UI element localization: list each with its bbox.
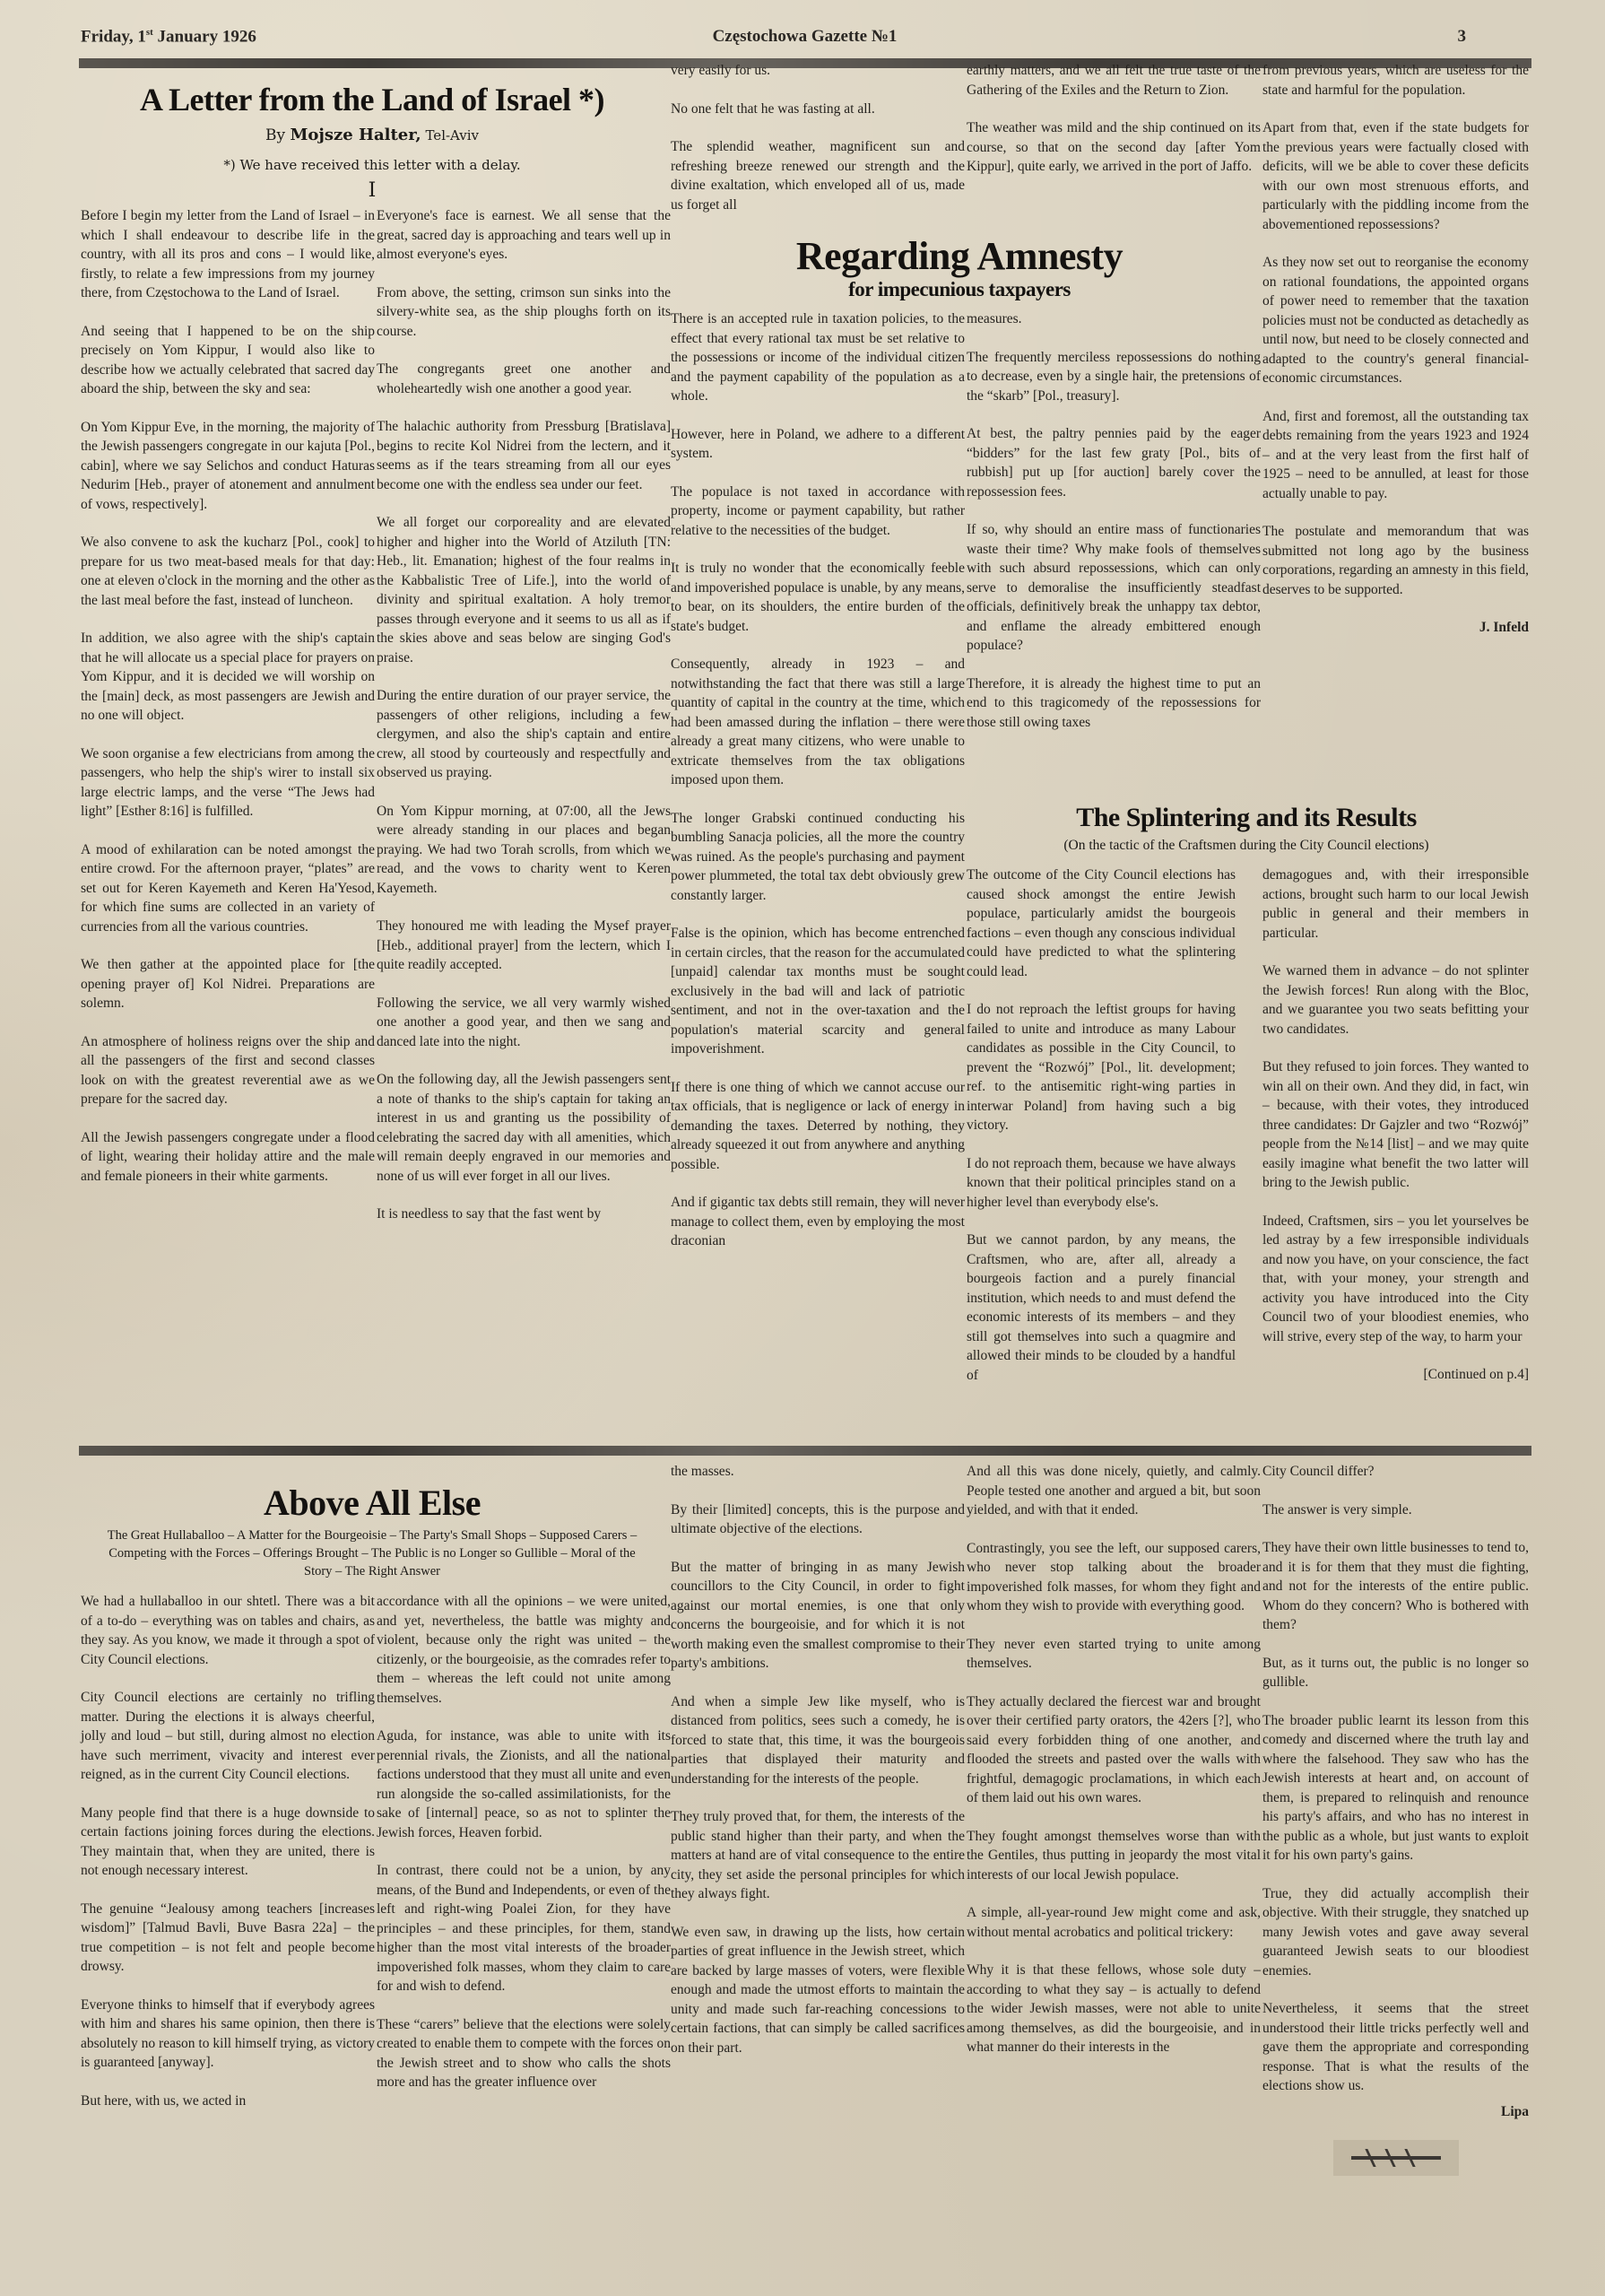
paragraph: We all forget our corporeality and are e… <box>377 513 671 667</box>
above-author-signature: Lipa <box>1262 2102 1529 2122</box>
amnesty-column-2: measures.The frequently merciless reposs… <box>967 309 1261 751</box>
paragraph: And, first and foremost, all the outstan… <box>1262 407 1529 504</box>
paragraph: And all this was done nicely, quietly, a… <box>967 1462 1261 1520</box>
paragraph: An atmosphere of holiness reigns over th… <box>81 1032 375 1109</box>
bottom-section: Above All Else The Great Hullaballoo – A… <box>81 1462 1529 2269</box>
paragraph: All the Jewish passengers congregate und… <box>81 1128 375 1187</box>
paragraph: We had a hullaballoo in our shtetl. Ther… <box>81 1592 375 1669</box>
paragraph: On Yom Kippur morning, at 07:00, all the… <box>377 802 671 899</box>
paragraph: It is truly no wonder that the economica… <box>671 559 965 636</box>
paragraph: By their [limited] concepts, this is the… <box>671 1500 965 1539</box>
amnesty-subheadline: for impecunious taxpayers <box>655 278 1264 301</box>
paragraph: They never even started trying to unite … <box>967 1635 1261 1674</box>
paragraph: We also convene to ask the kucharz [Pol.… <box>81 533 375 610</box>
paragraph: The halachic authority from Pressburg [B… <box>377 417 671 494</box>
paragraph: The longer Grabski continued conducting … <box>671 809 965 906</box>
middle-divider-rule <box>79 1446 1531 1456</box>
paragraph: I do not reproach them, because we have … <box>967 1154 1236 1213</box>
paragraph: If there is one thing of which we cannot… <box>671 1078 965 1175</box>
paragraph: City Council differ? <box>1262 1462 1529 1482</box>
paragraph: The populace is not taxed in accordance … <box>671 483 965 541</box>
paragraph: And if gigantic tax debts still remain, … <box>671 1193 965 1251</box>
paragraph: From above, the setting, crimson sun sin… <box>377 283 671 342</box>
paragraph: But here, with us, we acted in <box>81 2092 375 2111</box>
paragraph: A mood of exhilaration can be noted amon… <box>81 840 375 937</box>
paragraph: very easily for us. <box>671 61 965 81</box>
above-column-1: We had a hullaballoo in our shtetl. Ther… <box>81 1592 375 2129</box>
above-column-3: the masses.By their [limited] concepts, … <box>671 1462 965 2076</box>
paragraph: Everyone thinks to himself that if every… <box>81 1996 375 2073</box>
paragraph: They have their own little businesses to… <box>1262 1538 1529 1635</box>
paragraph: We then gather at the appointed place fo… <box>81 955 375 1013</box>
paragraph: True, they did actually accomplish their… <box>1262 1884 1529 1981</box>
paragraph: The broader public learnt its lesson fro… <box>1262 1711 1529 1865</box>
paragraph: earthly matters, and we all felt the tru… <box>967 61 1261 100</box>
paragraph: There is an accepted rule in taxation po… <box>671 309 965 406</box>
paragraph: They truly proved that, for them, the in… <box>671 1807 965 1904</box>
letter-headline: A Letter from the Land of Israel *) <box>81 81 664 118</box>
paragraph: False is the opinion, which has become e… <box>671 924 965 1059</box>
paragraph: Following the service, we all very warml… <box>377 994 671 1052</box>
above-subheadline: The Great Hullaballoo – A Matter for the… <box>99 1526 646 1580</box>
amnesty-author-signature: J. Infeld <box>1262 618 1529 638</box>
section-numeral: I <box>81 179 664 202</box>
paragraph: But, as it turns out, the public is no l… <box>1262 1654 1529 1692</box>
paragraph: On Yom Kippur Eve, in the morning, the m… <box>81 418 375 515</box>
page-header: Friday, 1st January 1926 Częstochowa Gaz… <box>81 27 1529 54</box>
paragraph: But the matter of bringing in as many Je… <box>671 1558 965 1674</box>
splintering-column-2: demagogues and, with their irresponsible… <box>1262 865 1529 1404</box>
paragraph: Therefore, it is already the highest tim… <box>967 674 1261 733</box>
paragraph: They honoured me with leading the Mysef … <box>377 917 671 975</box>
paragraph: Contrastingly, you see the left, our sup… <box>967 1539 1261 1616</box>
ornament-icon <box>1333 2140 1459 2176</box>
letter-column-4: earthly matters, and we all felt the tru… <box>967 61 1261 196</box>
splintering-headline: The Splintering and its Results <box>959 803 1533 833</box>
paragraph: demagogues and, with their irresponsible… <box>1262 865 1529 943</box>
letter-column-3: very easily for us.No one felt that he w… <box>671 61 965 233</box>
paragraph: And when a simple Jew like myself, who i… <box>671 1692 965 1789</box>
paragraph: City Council elections are certainly no … <box>81 1688 375 1785</box>
paragraph: The weather was mild and the ship contin… <box>967 118 1261 177</box>
paragraph: The frequently merciless repossessions d… <box>967 348 1261 406</box>
letter-footnote: *) We have received this letter with a d… <box>81 157 664 173</box>
paragraph: The genuine “Jealousy among teachers [in… <box>81 1900 375 1977</box>
paragraph: In addition, we also agree with the ship… <box>81 629 375 726</box>
paragraph: They actually declared the fiercest war … <box>967 1692 1261 1808</box>
paragraph: from previous years, which are useless f… <box>1262 61 1529 100</box>
paragraph: Aguda, for instance, was able to unite w… <box>377 1726 671 1842</box>
paragraph: The congregants greet one another and wh… <box>377 360 671 398</box>
page-number: 3 <box>1458 27 1467 47</box>
paragraph: If so, why should an entire mass of func… <box>967 520 1261 656</box>
paragraph: As they now set out to reorganise the ec… <box>1262 253 1529 388</box>
paragraph: But we cannot pardon, by any means, the … <box>967 1231 1236 1385</box>
paragraph: The splendid weather, magnificent sun an… <box>671 137 965 214</box>
paragraph: A simple, all-year-round Jew might come … <box>967 1903 1261 1942</box>
paragraph: Indeed, Craftsmen, sirs – you let yourse… <box>1262 1212 1529 1347</box>
paragraph: The outcome of the City Council election… <box>967 865 1236 981</box>
letter-column-2: Everyone's face is earnest. We all sense… <box>377 206 671 1243</box>
letter-column-1: Before I begin my letter from the Land o… <box>81 206 375 1205</box>
amnesty-headline: Regarding Amnesty <box>655 233 1264 280</box>
paragraph: I do not reproach the leftist groups for… <box>967 1000 1236 1135</box>
paragraph: At best, the paltry pennies paid by the … <box>967 424 1261 501</box>
paragraph: During the entire duration of our prayer… <box>377 686 671 783</box>
paragraph: We warned them in advance – do not splin… <box>1262 961 1529 1039</box>
letter-body: Before I begin my letter from the Land o… <box>81 206 672 1444</box>
paragraph: And seeing that I happened to be on the … <box>81 322 375 399</box>
top-section: A Letter from the Land of Israel *) By M… <box>81 72 1529 1439</box>
paragraph: the masses. <box>671 1462 965 1482</box>
paragraph: The answer is very simple. <box>1262 1500 1529 1520</box>
paragraph: Apart from that, even if the state budge… <box>1262 118 1529 234</box>
splintering-subheadline: (On the tactic of the Craftsmen during t… <box>959 838 1533 854</box>
paragraph: measures. <box>967 309 1261 329</box>
paragraph: Many people find that there is a huge do… <box>81 1804 375 1881</box>
paragraph: Before I begin my letter from the Land o… <box>81 206 375 303</box>
amnesty-column-1: There is an accepted rule in taxation po… <box>671 309 965 1270</box>
above-headline: Above All Else <box>81 1482 664 1524</box>
paragraph: Nevertheless, it seems that the street u… <box>1262 1999 1529 2096</box>
paragraph: Why it is that these fellows, whose sole… <box>967 1961 1261 2057</box>
letter-byline: By Mojsze Halter, Tel-Aviv <box>81 126 664 144</box>
paragraph: We even saw, in drawing up the lists, ho… <box>671 1923 965 2058</box>
paragraph: However, here in Poland, we adhere to a … <box>671 425 965 464</box>
paragraph: Consequently, already in 1923 – and notw… <box>671 655 965 790</box>
paragraph: accordance with all the opinions – we we… <box>377 1592 671 1708</box>
paragraph: Everyone's face is earnest. We all sense… <box>377 206 671 265</box>
paragraph: It is needless to say that the fast went… <box>377 1205 671 1224</box>
paragraph: They fought amongst themselves worse tha… <box>967 1827 1261 1885</box>
splintering-column-1: The outcome of the City Council election… <box>967 865 1236 1404</box>
paragraph: On the following day, all the Jewish pas… <box>377 1070 671 1186</box>
paragraph: The postulate and memorandum that was su… <box>1262 522 1529 599</box>
paragraph: These “carers” believe that the election… <box>377 2015 671 2092</box>
newspaper-name: Częstochowa Gazette №1 <box>81 27 1529 47</box>
above-column-2: accordance with all the opinions – we we… <box>377 1592 671 2111</box>
amnesty-column-3: from previous years, which are useless f… <box>1262 61 1529 657</box>
paragraph: In contrast, there could not be a union,… <box>377 1861 671 1996</box>
paragraph: We soon organise a few electricians from… <box>81 744 375 822</box>
paragraph: But they refused to join forces. They wa… <box>1262 1057 1529 1193</box>
continued-note: [Continued on p.4] <box>1262 1365 1529 1385</box>
above-column-5: City Council differ?The answer is very s… <box>1262 1462 1529 2176</box>
above-column-4: And all this was done nicely, quietly, a… <box>967 1462 1261 2076</box>
author-name: Mojsze Halter, <box>290 126 421 144</box>
paragraph: No one felt that he was fasting at all. <box>671 100 965 119</box>
